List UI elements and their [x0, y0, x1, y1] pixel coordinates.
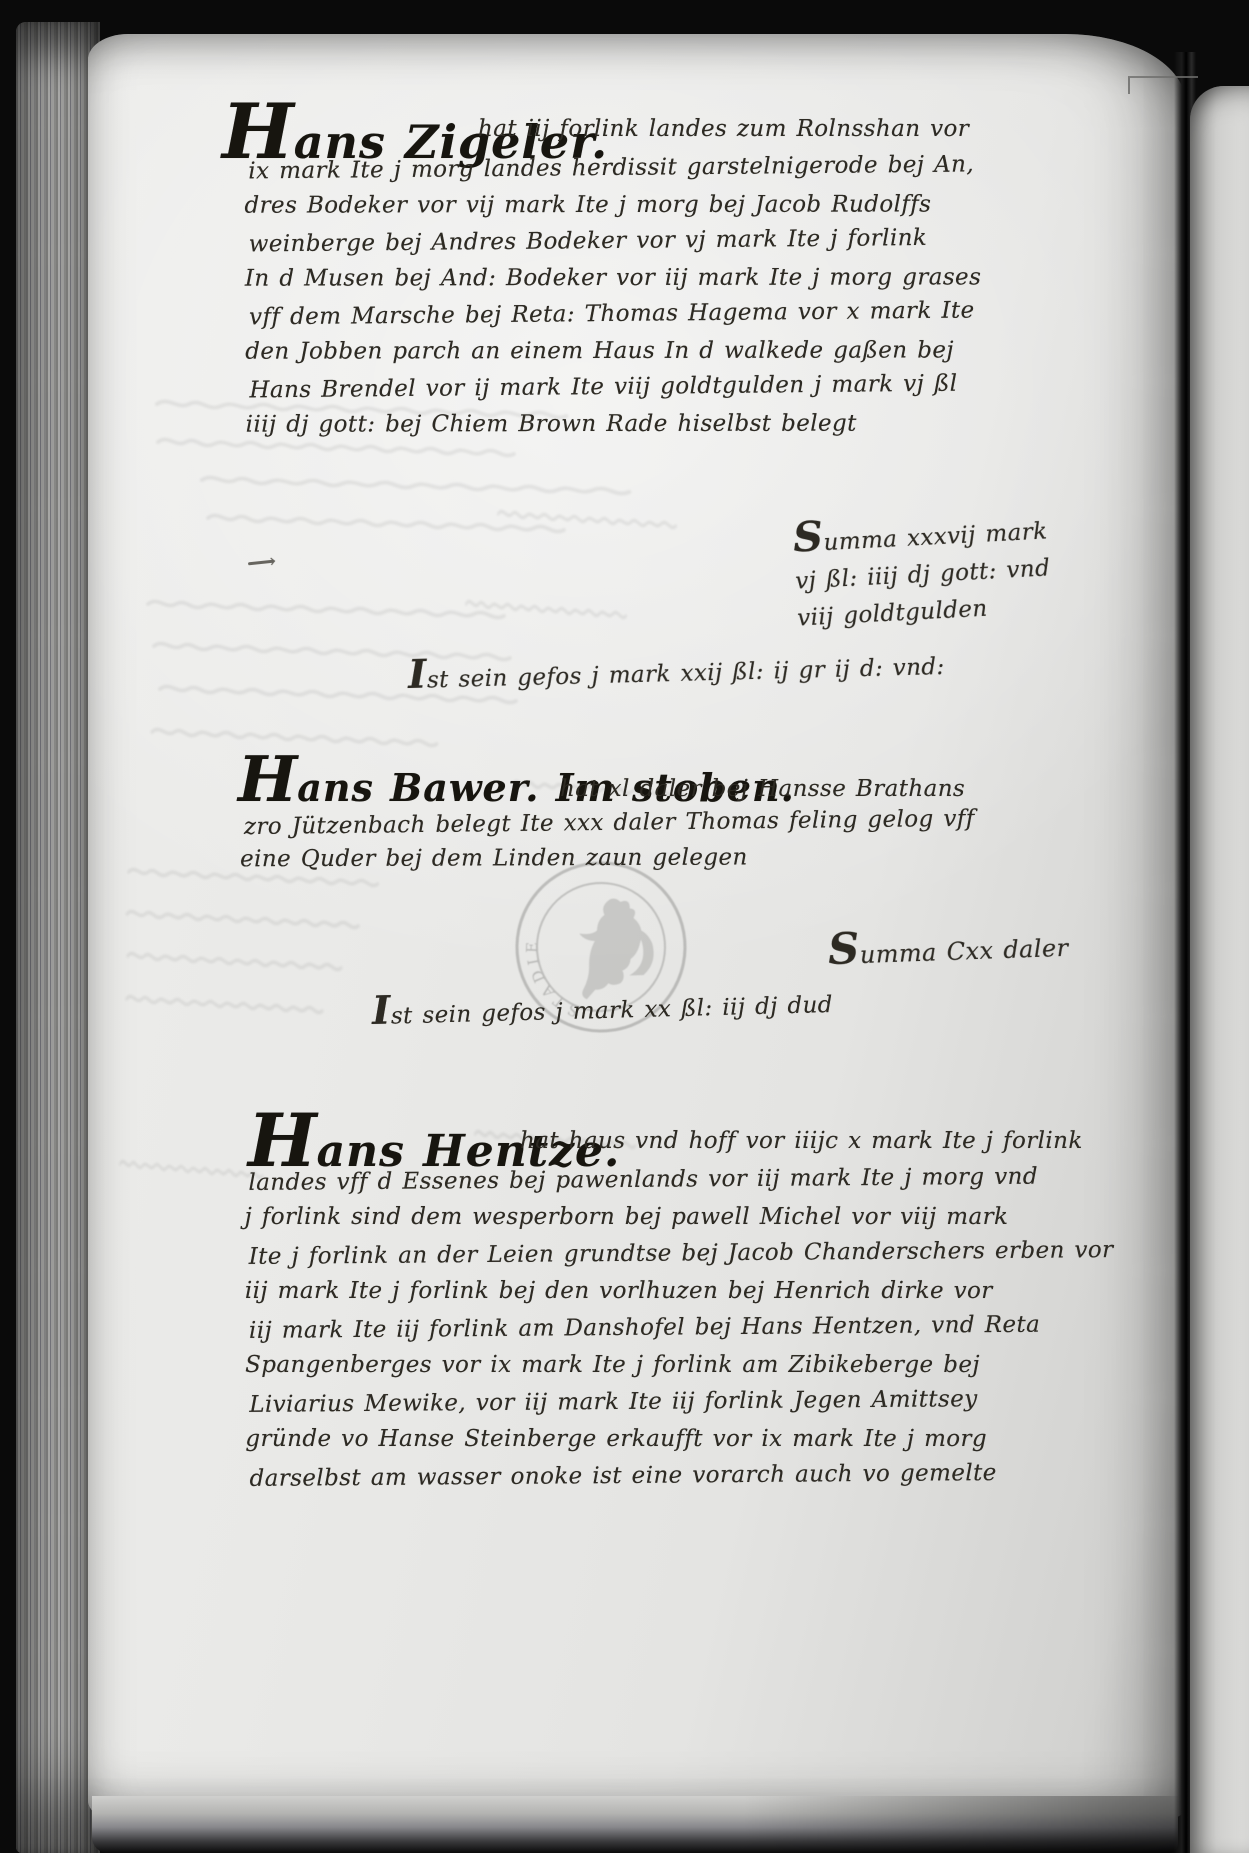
entry-line: ix mark Ite j morg landes herdissit gars… — [248, 147, 964, 190]
entry-line: darselbst am wasser onoke ist eine vorar… — [249, 1455, 985, 1498]
entry-line: eine Quder bej dem Linden zaun gelegen — [240, 840, 960, 878]
entry-line: weinberge bej Andres Bodeker vor vj mark… — [249, 220, 965, 263]
entry-line: den Jobben parch an einem Haus In d walk… — [245, 332, 965, 370]
entry-line: iiij dj gott: bej Chiem Brown Rade hisel… — [246, 405, 966, 443]
entry-line: zro Jützenbach belegt Ite xxx daler Thom… — [244, 802, 960, 845]
entry-1-first-line: hat iij forlink landes zum Rolnsshan vor — [478, 116, 948, 142]
entry-2-summa: Summa Cxx daler — [827, 916, 1069, 975]
entry-line: gründe vo Hanse Steinberge erkaufft vor … — [245, 1421, 985, 1458]
book-photo: STADIE Hans Zigeler. hat iij forlink lan… — [0, 0, 1249, 1853]
entry-line: In d Musen bej And: Bodeker vor iij mark… — [245, 259, 965, 297]
entry-line: vff dem Marsche bej Reta: Thomas Hagema … — [249, 293, 965, 336]
summa-line: Summa Cxx daler — [827, 916, 1069, 975]
entry-1-summa: Summa xxxvij mark vj ßl: iiij dj gott: v… — [792, 505, 1053, 637]
entry-line: iij mark Ite iij forlink am Danshofel be… — [249, 1307, 985, 1350]
entry-line: Hans Brendel vor ij mark Ite viij goldtg… — [249, 366, 965, 409]
entry-3-body: landes vff d Essenes bej pawenlands vor … — [244, 1161, 985, 1497]
entry-line: Spangenberges vor ix mark Ite j forlink … — [245, 1347, 985, 1384]
facing-page-sliver — [1190, 86, 1249, 1853]
entry-3-first-line: hat haus vnd hoff vor iiijc x mark Ite j… — [520, 1128, 1083, 1154]
entry-line: Ite j forlink an der Leien grundtse bej … — [249, 1233, 985, 1276]
entry-1-body: ix mark Ite j morg landes herdissit gars… — [244, 148, 966, 444]
entry-line: j forlink sind dem wesperborn bej pawell… — [245, 1199, 985, 1236]
entry-line: landes vff d Essenes bej pawenlands vor … — [248, 1159, 984, 1202]
entry-2-first-line: hat xl daler bej Hansse Brathans — [560, 776, 965, 802]
entry-line: dres Bodeker vor vij mark Ite j morg bej… — [244, 186, 964, 224]
entry-2-body: zro Jützenbach belegt Ite xxx daler Thom… — [240, 803, 960, 878]
entry-line: iij mark Ite j forlink bej den vorlhuzen… — [245, 1273, 985, 1310]
entry-line: Liviarius Mewike, vor iij mark Ite iij f… — [249, 1381, 985, 1424]
